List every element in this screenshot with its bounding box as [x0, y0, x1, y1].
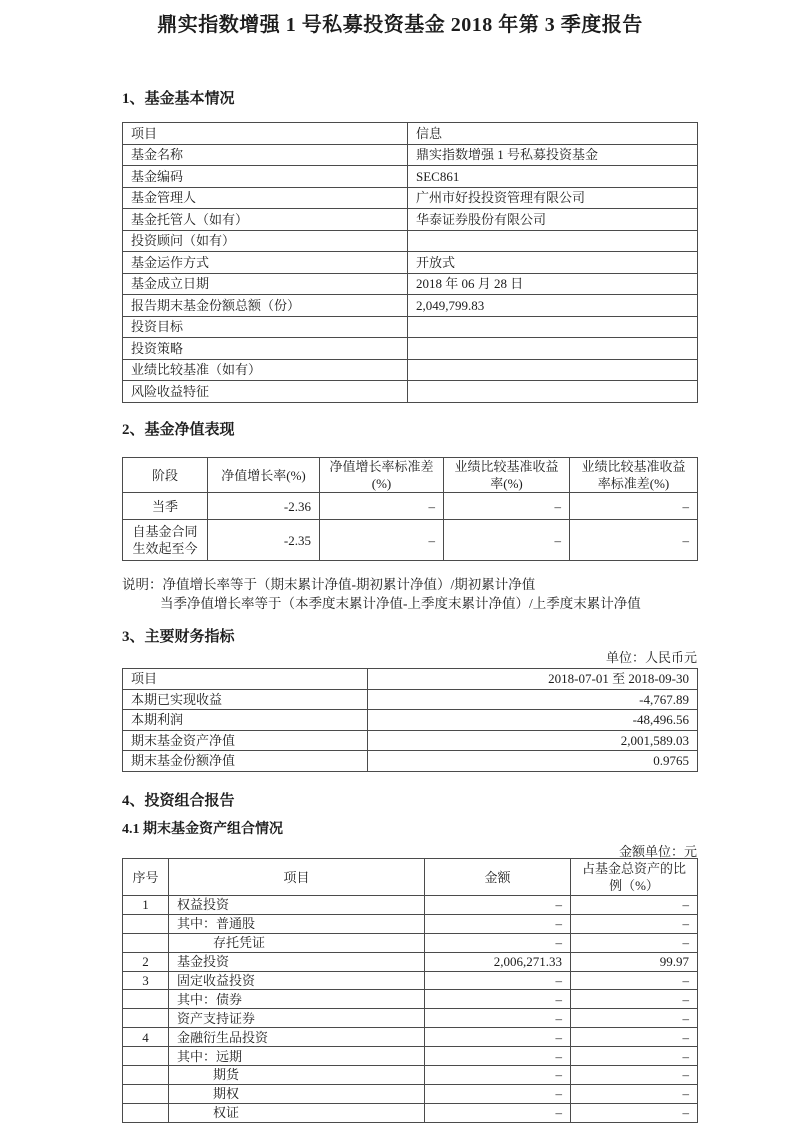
row-item: 资产支持证券: [169, 1009, 425, 1028]
row-percent: –: [571, 933, 698, 952]
row-value: 2,001,589.03: [368, 730, 698, 751]
row-index: [123, 1009, 169, 1028]
section4-heading: 4、投资组合报告: [122, 789, 235, 810]
row-item: 其中：债券: [169, 990, 425, 1009]
row-amount: –: [425, 1009, 571, 1028]
row-value: -2.36: [208, 493, 320, 520]
row-percent: –: [571, 1066, 698, 1085]
table-row: 基金运作方式开放式: [123, 252, 698, 274]
row-percent: 99.97: [571, 952, 698, 971]
row-index: 2: [123, 952, 169, 971]
column-header: 阶段: [123, 458, 208, 493]
row-label: 基金管理人: [123, 187, 408, 209]
table-row: 投资顾问（如有）: [123, 230, 698, 252]
table-row: 业绩比较基准（如有）: [123, 359, 698, 381]
table-row: 基金成立日期2018 年 06 月 28 日: [123, 273, 698, 295]
table-row: 报告期末基金份额总额（份）2,049,799.83: [123, 295, 698, 317]
row-amount: –: [425, 990, 571, 1009]
table-row: 资产支持证券––: [123, 1009, 698, 1028]
table-row: 自基金合同生效起至今 -2.35 – – –: [123, 520, 698, 561]
row-label: 基金编码: [123, 166, 408, 188]
row-value: -48,496.56: [368, 710, 698, 731]
row-item: 基金投资: [169, 952, 425, 971]
table-row: 本期已实现收益-4,767.89: [123, 689, 698, 710]
table-row: 基金管理人广州市好投投资管理有限公司: [123, 187, 698, 209]
row-value: 华泰证券股份有限公司: [408, 209, 698, 231]
row-amount: –: [425, 1047, 571, 1066]
table-header-row: 序号 项目 金额 占基金总资产的比例（%）: [123, 859, 698, 896]
row-item: 权益投资: [169, 896, 425, 915]
table-row: 基金编码SEC861: [123, 166, 698, 188]
section4-subheading: 4.1 期末基金资产组合情况: [122, 818, 283, 838]
table-row: 存托凭证––: [123, 933, 698, 952]
table-row: 其中：普通股––: [123, 914, 698, 933]
column-header: 净值增长率(%): [208, 458, 320, 493]
row-index: [123, 990, 169, 1009]
row-value: [408, 230, 698, 252]
nav-note-line1: 说明：净值增长率等于（期末累计净值-期初累计净值）/期初累计净值: [122, 573, 535, 593]
row-value: 2,049,799.83: [408, 295, 698, 317]
row-label: 项目: [123, 669, 368, 690]
row-value: 2018-07-01 至 2018-09-30: [368, 669, 698, 690]
row-value: -4,767.89: [368, 689, 698, 710]
row-amount: –: [425, 971, 571, 990]
table-row: 权证––: [123, 1103, 698, 1122]
table-row: 1权益投资––: [123, 896, 698, 915]
nav-performance-table: 阶段 净值增长率(%) 净值增长率标准差(%) 业绩比较基准收益率(%) 业绩比…: [122, 457, 698, 561]
row-label: 风险收益特征: [123, 381, 408, 403]
table-row: 4金融衍生品投资––: [123, 1028, 698, 1047]
row-label: 基金名称: [123, 144, 408, 166]
table-row: 项目信息: [123, 123, 698, 145]
row-value: SEC861: [408, 166, 698, 188]
row-index: [123, 1047, 169, 1066]
row-index: [123, 914, 169, 933]
table-row: 本期利润-48,496.56: [123, 710, 698, 731]
row-index: [123, 1066, 169, 1085]
row-percent: –: [571, 971, 698, 990]
row-percent: –: [571, 1047, 698, 1066]
column-header: 净值增长率标准差(%): [320, 458, 444, 493]
row-value: –: [444, 520, 570, 561]
table-row: 投资策略: [123, 338, 698, 360]
table-row: 其中：债券––: [123, 990, 698, 1009]
table-row: 3固定收益投资––: [123, 971, 698, 990]
table-row: 项目2018-07-01 至 2018-09-30: [123, 669, 698, 690]
row-item: 期权: [169, 1084, 425, 1103]
report-page: 鼎实指数增强 1 号私募投资基金 2018 年第 3 季度报告 1、基金基本情况…: [0, 0, 800, 1131]
row-value: 广州市好投投资管理有限公司: [408, 187, 698, 209]
nav-note-line2: 当季净值增长率等于（本季度末累计净值-上季度末累计净值）/上季度末累计净值: [160, 592, 641, 612]
row-value: [408, 381, 698, 403]
row-value: 2018 年 06 月 28 日: [408, 273, 698, 295]
row-index: 3: [123, 971, 169, 990]
row-value: [408, 316, 698, 338]
row-percent: –: [571, 1103, 698, 1122]
table-row: 基金名称鼎实指数增强 1 号私募投资基金: [123, 144, 698, 166]
table-row: 期权––: [123, 1084, 698, 1103]
document-title: 鼎实指数增强 1 号私募投资基金 2018 年第 3 季度报告: [0, 8, 800, 37]
row-value: [408, 338, 698, 360]
row-value: –: [320, 520, 444, 561]
row-label: 项目: [123, 123, 408, 145]
section1-heading: 1、基金基本情况: [122, 87, 235, 108]
row-value: -2.35: [208, 520, 320, 561]
row-item: 权证: [169, 1103, 425, 1122]
table-row: 其中：远期––: [123, 1047, 698, 1066]
section2-heading: 2、基金净值表现: [122, 418, 235, 439]
section3-unit-label: 单位：人民币元: [122, 647, 697, 666]
row-label: 自基金合同生效起至今: [123, 520, 208, 561]
row-label: 投资顾问（如有）: [123, 230, 408, 252]
table-row: 期货––: [123, 1066, 698, 1085]
row-value: 鼎实指数增强 1 号私募投资基金: [408, 144, 698, 166]
table-row: 当季 -2.36 – – –: [123, 493, 698, 520]
row-label: 本期已实现收益: [123, 689, 368, 710]
row-label: 投资策略: [123, 338, 408, 360]
row-amount: –: [425, 1103, 571, 1122]
row-percent: –: [571, 914, 698, 933]
row-percent: –: [571, 1084, 698, 1103]
row-item: 其中：远期: [169, 1047, 425, 1066]
column-header: 业绩比较基准收益率(%): [444, 458, 570, 493]
fund-basic-info-table: 项目信息 基金名称鼎实指数增强 1 号私募投资基金 基金编码SEC861 基金管…: [122, 122, 698, 403]
column-header: 金额: [425, 859, 571, 896]
table-row: 期末基金资产净值2,001,589.03: [123, 730, 698, 751]
column-header: 序号: [123, 859, 169, 896]
section3-heading: 3、主要财务指标: [122, 625, 235, 646]
row-label: 本期利润: [123, 710, 368, 731]
row-index: [123, 1084, 169, 1103]
row-label: 期末基金资产净值: [123, 730, 368, 751]
column-header: 项目: [169, 859, 425, 896]
row-amount: –: [425, 933, 571, 952]
row-value: [408, 359, 698, 381]
row-item: 期货: [169, 1066, 425, 1085]
row-index: 4: [123, 1028, 169, 1047]
asset-portfolio-table: 序号 项目 金额 占基金总资产的比例（%） 1权益投资–– 其中：普通股–– 存…: [122, 858, 698, 1123]
row-label: 基金托管人（如有）: [123, 209, 408, 231]
row-index: 1: [123, 896, 169, 915]
row-index: [123, 1103, 169, 1122]
row-label: 基金运作方式: [123, 252, 408, 274]
row-amount: –: [425, 914, 571, 933]
table-row: 投资目标: [123, 316, 698, 338]
row-item: 其中：普通股: [169, 914, 425, 933]
row-value: 开放式: [408, 252, 698, 274]
row-label: 期末基金份额净值: [123, 751, 368, 772]
row-percent: –: [571, 896, 698, 915]
table-header-row: 阶段 净值增长率(%) 净值增长率标准差(%) 业绩比较基准收益率(%) 业绩比…: [123, 458, 698, 493]
row-value: –: [320, 493, 444, 520]
row-amount: –: [425, 1084, 571, 1103]
row-percent: –: [571, 1028, 698, 1047]
row-label: 投资目标: [123, 316, 408, 338]
row-value: –: [570, 493, 698, 520]
row-amount: –: [425, 1028, 571, 1047]
row-amount: –: [425, 896, 571, 915]
row-value: –: [444, 493, 570, 520]
row-amount: 2,006,271.33: [425, 952, 571, 971]
table-row: 基金托管人（如有）华泰证券股份有限公司: [123, 209, 698, 231]
financial-indicators-table: 项目2018-07-01 至 2018-09-30 本期已实现收益-4,767.…: [122, 668, 698, 772]
row-label: 报告期末基金份额总额（份）: [123, 295, 408, 317]
table-row: 2基金投资2,006,271.3399.97: [123, 952, 698, 971]
row-item: 固定收益投资: [169, 971, 425, 990]
row-item: 金融衍生品投资: [169, 1028, 425, 1047]
row-label: 基金成立日期: [123, 273, 408, 295]
table-row: 期末基金份额净值0.9765: [123, 751, 698, 772]
row-item: 存托凭证: [169, 933, 425, 952]
row-value: 信息: [408, 123, 698, 145]
table-row: 风险收益特征: [123, 381, 698, 403]
row-percent: –: [571, 1009, 698, 1028]
row-index: [123, 933, 169, 952]
row-amount: –: [425, 1066, 571, 1085]
row-label: 当季: [123, 493, 208, 520]
row-value: –: [570, 520, 698, 561]
column-header: 占基金总资产的比例（%）: [571, 859, 698, 896]
row-value: 0.9765: [368, 751, 698, 772]
row-percent: –: [571, 990, 698, 1009]
column-header: 业绩比较基准收益率标准差(%): [570, 458, 698, 493]
row-label: 业绩比较基准（如有）: [123, 359, 408, 381]
